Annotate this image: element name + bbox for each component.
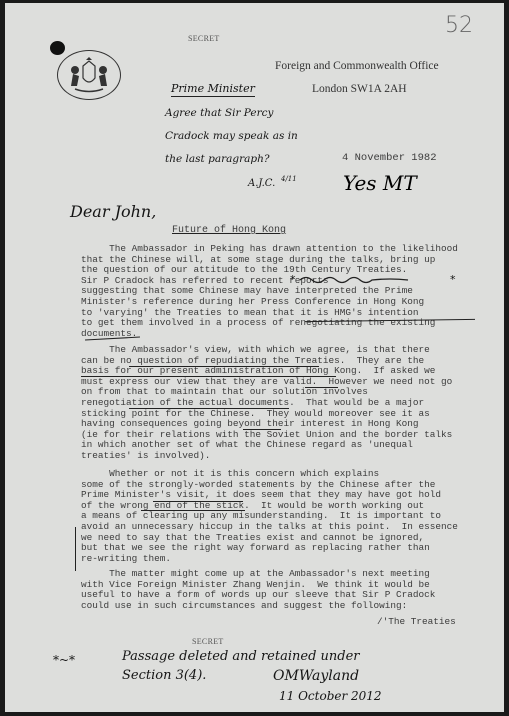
handwritten-initials-date: 4/11 bbox=[281, 175, 297, 183]
classification-bottom: SECRET bbox=[192, 637, 224, 646]
text-line: could use in such circumstances and sugg… bbox=[81, 601, 435, 612]
margin-sideline bbox=[75, 527, 76, 571]
text-line: re-writing them. bbox=[81, 554, 458, 565]
text-line: treaties' is involved). bbox=[81, 451, 452, 462]
handwritten-underline bbox=[81, 376, 336, 377]
paragraph-1: The Ambassador in Peking has drawn atten… bbox=[81, 244, 458, 339]
subject-heading: Future of Hong Kong bbox=[172, 226, 286, 237]
pm-handwritten-response: Yes MT bbox=[343, 171, 417, 195]
svg-text:*: * bbox=[450, 274, 456, 284]
handwritten-minute-line: Cradock may speak as in bbox=[165, 130, 298, 142]
text-line: Whether or not it is this concern which … bbox=[81, 469, 458, 480]
handwritten-underline bbox=[141, 510, 245, 511]
handwritten-underline bbox=[153, 501, 243, 502]
document-page: 52 SECRET Foreign and Commonwealth Offic… bbox=[5, 3, 504, 712]
catchword: /'The Treaties bbox=[377, 617, 456, 628]
redaction-note-line: Section 3(4). bbox=[122, 668, 206, 683]
paragraph-4: The matter might come up at the Ambassad… bbox=[81, 569, 435, 611]
paragraph-2: The Ambassador's view, with which we agr… bbox=[81, 345, 452, 462]
ink-blot bbox=[50, 41, 65, 55]
text-line: Minister's reference during her Press Co… bbox=[81, 297, 458, 308]
letterhead-address: London SW1A 2AH bbox=[312, 83, 407, 95]
handwritten-underline bbox=[305, 387, 338, 388]
paragraph-3: Whether or not it is this concern which … bbox=[81, 469, 458, 564]
redaction-date: 11 October 2012 bbox=[279, 689, 382, 703]
letter-date: 4 November 1982 bbox=[342, 153, 437, 164]
redaction-wavy-line: * * bbox=[290, 271, 470, 289]
handwritten-minute-line: Agree that Sir Percy bbox=[165, 107, 273, 119]
text-line: documents. bbox=[81, 329, 458, 340]
text-line: renegotiation of the actual documents. T… bbox=[81, 398, 452, 409]
royal-coat-of-arms-icon bbox=[57, 50, 121, 100]
text-line: The Ambassador's view, with which we agr… bbox=[81, 345, 452, 356]
svg-text:*: * bbox=[290, 274, 296, 284]
text-line: avoid an unnecessary hiccup in the talks… bbox=[81, 522, 458, 533]
handwritten-underline bbox=[243, 429, 281, 430]
redaction-signature: OMWayland bbox=[273, 668, 359, 684]
redaction-note-line: Passage deleted and retained under bbox=[122, 649, 360, 664]
handwritten-minute-line: the last paragraph? bbox=[165, 153, 269, 165]
classification-top: SECRET bbox=[188, 34, 220, 43]
handwritten-underline bbox=[129, 408, 289, 409]
folio-number: 52 bbox=[445, 13, 473, 38]
salutation: Dear John, bbox=[70, 202, 156, 221]
handwritten-initials: A.J.C. bbox=[248, 178, 275, 189]
handwritten-underline bbox=[129, 366, 319, 367]
handwritten-addressee: Prime Minister bbox=[171, 82, 255, 97]
redaction-marker: *~* bbox=[53, 653, 75, 667]
letterhead-office: Foreign and Commonwealth Office bbox=[275, 60, 439, 72]
text-line: The matter might come up at the Ambassad… bbox=[81, 569, 435, 580]
text-line: The Ambassador in Peking has drawn atten… bbox=[81, 244, 458, 255]
